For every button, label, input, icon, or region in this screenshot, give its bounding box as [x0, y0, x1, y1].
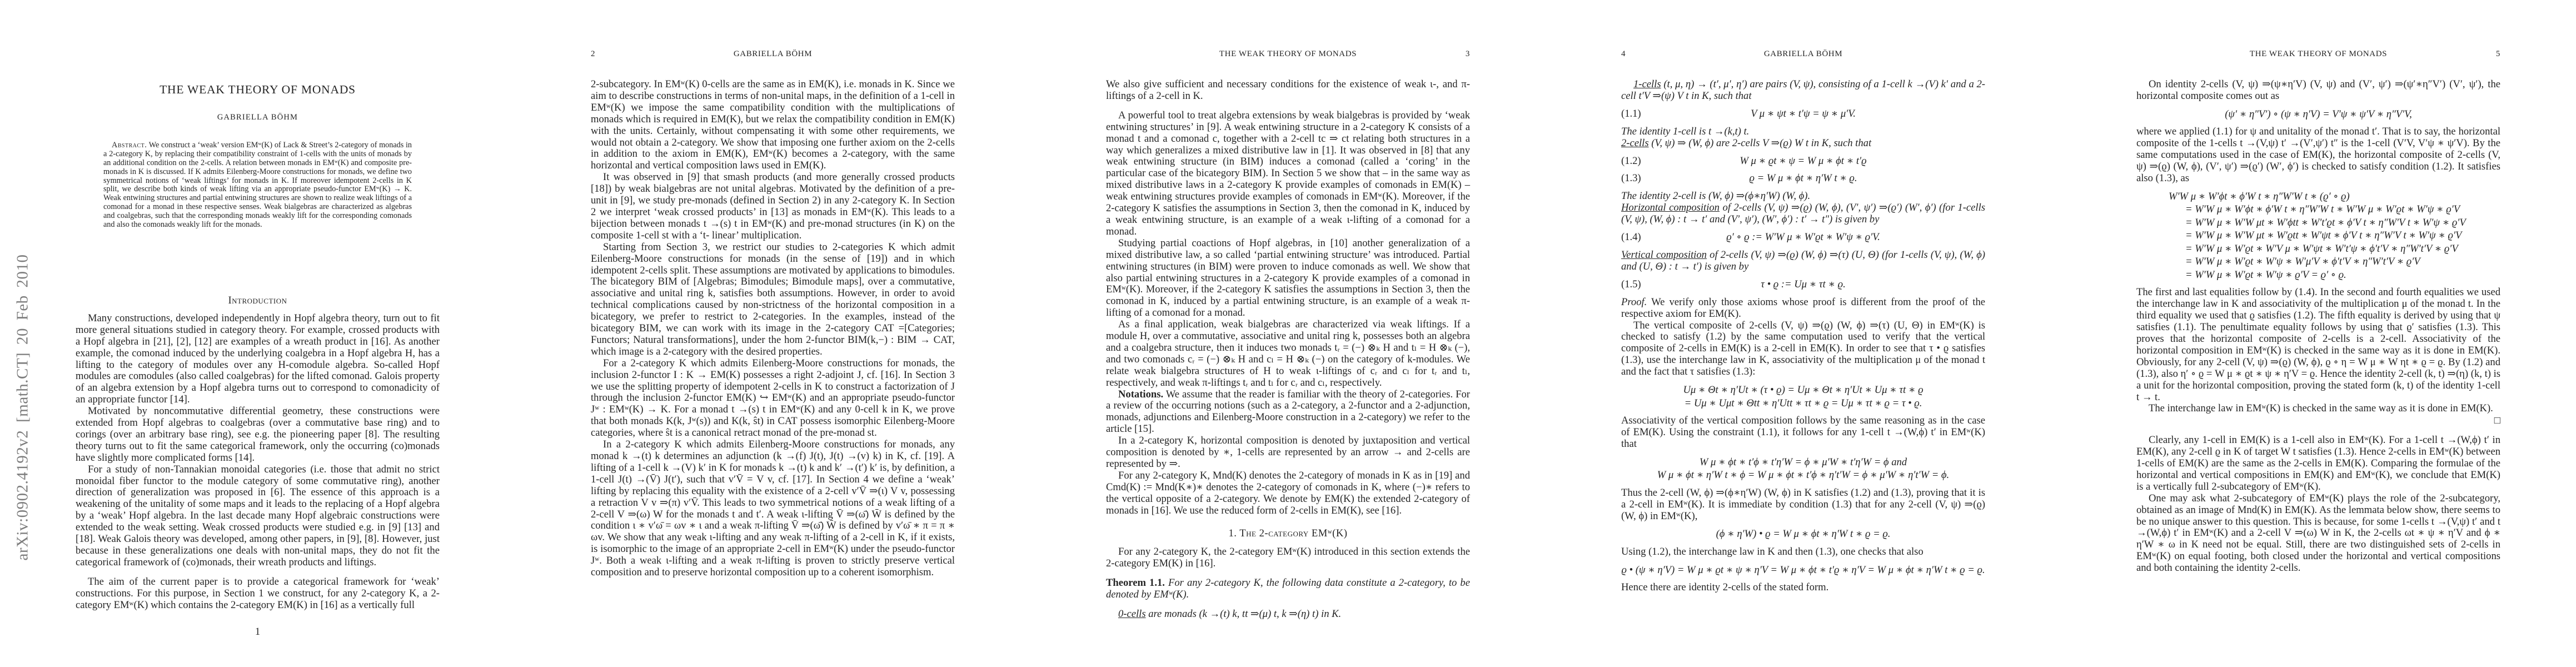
page-body: 1-cells (t, μ, η) → (t′, μ′, η′) are pai… [1621, 79, 1985, 594]
paragraph: Thus the 2-cell (W, ϕ) ⇒(ϕ∗η′W) (W, ϕ) i… [1621, 487, 1985, 522]
page-body: We also give sufficient and necessary co… [1106, 79, 1470, 620]
proof-end-tombstone: □ [2136, 415, 2500, 427]
running-header: 2 GABRIELLA BÖHM [591, 49, 955, 59]
numbered-equation: (1.2)W μ ∗ ϱt ∗ ψ = W μ ∗ ϕt ∗ t′ϱ [1621, 156, 1985, 167]
paragraph: Notations. We assume that the reader is … [1106, 389, 1470, 436]
equation-number: (1.5) [1621, 279, 1641, 291]
page-body: On identity 2-cells (V, ψ) ⇒(ψ∗η′V) (V, … [2136, 79, 2500, 574]
lead-label: 1-cells [1633, 78, 1661, 90]
paragraph: We also give sufficient and necessary co… [1106, 79, 1470, 102]
paragraph: Associativity of the vertical compositio… [1621, 415, 1985, 450]
lead-label: 2-cells [1621, 137, 1649, 149]
paragraph: Starting from Section 3, we restrict our… [591, 242, 955, 358]
running-title: THE WEAK THEORY OF MONADS [2250, 49, 2387, 59]
equation-number: (1.4) [1621, 232, 1641, 243]
page-number-bottom: 1 [76, 626, 440, 638]
paragraph: The identity 2-cell is (W, ϕ) ⇒(ϕ∗η′W) (… [1621, 191, 1985, 202]
paragraph: Vertical composition of 2-cells (V, ψ) ⇒… [1621, 250, 1985, 273]
lead-label: Notations. [1118, 389, 1163, 400]
display-math: W μ ∗ ϕt ∗ t′ϕ ∗ t′η′W = ϕ ∗ μ′W ∗ t′η′W… [1621, 456, 1985, 482]
running-title: GABRIELLA BÖHM [734, 49, 812, 59]
spacer [1106, 601, 1470, 609]
paragraph: The aim of the current paper is to provi… [76, 576, 440, 611]
paragraph: A powerful tool to treat algebra extensi… [1106, 110, 1470, 238]
lead-label: Horizontal composition [1621, 202, 1720, 213]
display-math: Uμ ∗ Θt ∗ η′Ut ∗ (τ • ϱ) = Uμ ∗ Θt ∗ η′U… [1621, 384, 1985, 410]
display-line: = W′W μ ∗ W′W μt ∗ W′ϱtt ∗ W′ψt ∗ ϕ′V t … [2152, 229, 2500, 242]
display-line: = Uμ ∗ Uμt ∗ Θtt ∗ η′Utt ∗ τt ∗ ϱ = Uμ ∗… [1621, 397, 1985, 410]
paragraph: Studying partial coactions of Hopf algeb… [1106, 238, 1470, 319]
document-canvas: { "watermark": { "text": "arXiv:0902.419… [0, 0, 2576, 667]
numbered-equation: (1.4)ϱ′ ∘ ϱ := W′W μ ∗ W′ϱt ∗ W′ψ ∗ ϱ′V. [1621, 232, 1985, 243]
lead-label: Proof. [1621, 296, 1647, 308]
lead-label: 0-cells [1118, 608, 1146, 620]
display-math: (ψ′ ∗ η″V′) ∘ (ψ ∗ η′V) = V′ψ ∗ ψ′V ∗ η″… [2136, 108, 2500, 121]
running-header: 4 GABRIELLA BÖHM [1621, 49, 1985, 59]
paragraph: One may ask what 2-subcategory of EMʷ(K)… [2136, 493, 2500, 574]
paragraph: Using (1.2), the interchange law in K an… [1621, 546, 1985, 558]
page-3: THE WEAK THEORY OF MONADS 3 We also give… [1030, 0, 1546, 667]
spacer [1106, 102, 1470, 110]
paragraph: The identity 1-cell is t →(k,t) t. [1621, 126, 1985, 138]
page-number-right: 5 [2387, 49, 2500, 59]
paragraph: For a 2-category K which admits Eilenber… [591, 358, 955, 439]
page-number-right: 3 [1357, 49, 1470, 59]
numbered-equation: (1.1)V μ ∗ ψt ∗ t′ψ = ψ ∗ μ′V. [1621, 108, 1985, 120]
display-line: W′W μ ∗ W′ϕt ∗ ϕ′W t ∗ η″W′W t ∗ (ϱ′ ∘ ϱ… [2152, 190, 2500, 203]
paragraph: 2-cells (V, ψ) ⇒ (W, ϕ) are 2-cells V ⇒(… [1621, 138, 1985, 150]
paragraph: 0-cells are monads (k →(t) k, tt ⇒(μ) t,… [1106, 609, 1470, 620]
paragraph: The vertical composite of 2-cells (V, ψ)… [1621, 320, 1985, 379]
lead-label: Abstract. [112, 141, 147, 150]
display-line: ϱ • (ψ ∗ η′V) = W μ ∗ ϱt ∗ ψ ∗ η′V = W μ… [1621, 564, 1985, 577]
display-line: W μ ∗ ϕt ∗ η′W t ∗ ϕ = W μ ∗ ϕt ∗ t′ϕ ∗ … [1621, 469, 1985, 482]
paragraph: For any 2-category K, Mnd(K) denotes the… [1106, 470, 1470, 517]
display-math: W′W μ ∗ W′ϕt ∗ ϕ′W t ∗ η″W′W t ∗ (ϱ′ ∘ ϱ… [2136, 190, 2500, 282]
paragraph: In a 2-category K which admits Eilenberg… [591, 439, 955, 579]
paragraph: Motivated by noncommutative differential… [76, 406, 440, 464]
lead-label: Theorem 1.1. [1106, 577, 1165, 589]
paragraph: In a 2-category K, horizontal compositio… [1106, 435, 1470, 470]
lead-label: Vertical composition [1621, 249, 1707, 261]
page-number-right [1842, 49, 1985, 59]
equation-formula: τ • ϱ := Uμ ∗ τt ∗ ϱ. [1761, 278, 1845, 290]
paragraph: Proof. We verify only those axioms whose… [1621, 297, 1985, 320]
running-header: THE WEAK THEORY OF MONADS 3 [1106, 49, 1470, 59]
page-4: 4 GABRIELLA BÖHM 1-cells (t, μ, η) → (t′… [1546, 0, 2061, 667]
display-math: (ϕ ∗ η′W) • ϱ = W μ ∗ ϕt ∗ η′W t ∗ ϱ = ϱ… [1621, 527, 1985, 541]
paper-author: GABRIELLA BÖHM [76, 112, 440, 123]
equation-number: (1.1) [1621, 108, 1641, 120]
display-line: = W′W μ ∗ W′W μt ∗ W′ϕtt ∗ W′t′ϱt ∗ ϕ′V … [2152, 216, 2500, 230]
equation-number: (1.2) [1621, 156, 1641, 167]
section-heading: Introduction [76, 295, 440, 307]
page-number-left: 2 [591, 49, 734, 59]
display-math: ϱ • (ψ ∗ η′V) = W μ ∗ ϱt ∗ ψ ∗ η′V = W μ… [1621, 564, 1985, 577]
paragraph: It was observed in [9] that smash produc… [591, 172, 955, 241]
page-5: THE WEAK THEORY OF MONADS 5 On identity … [2061, 0, 2576, 667]
display-line: W μ ∗ ϕt ∗ t′ϕ ∗ t′η′W = ϕ ∗ μ′W ∗ t′η′W… [1621, 456, 1985, 469]
paragraph: Clearly, any 1-cell in EM(K) is a 1-cell… [2136, 435, 2500, 493]
paragraph: Hence there are identity 2-cells of the … [1621, 582, 1985, 594]
running-title: GABRIELLA BÖHM [1764, 49, 1842, 59]
page-1: THE WEAK THEORY OF MONADSGABRIELLA BÖHMA… [0, 0, 515, 667]
running-title: THE WEAK THEORY OF MONADS [1219, 49, 1357, 59]
display-line: = W′W μ ∗ W′ϱt ∗ W′V μ ∗ W′ψt ∗ W′t′ψ ∗ … [2152, 242, 2500, 256]
page-number-left [1106, 49, 1219, 59]
paragraph: As a final application, weak bialgebras … [1106, 319, 1470, 389]
paragraph: For any 2-category K, the 2-category EMʷ… [1106, 546, 1470, 570]
paragraph: Many constructions, developed independen… [76, 313, 440, 406]
equation-formula: ϱ′ ∘ ϱ := W′W μ ∗ W′ϱt ∗ W′ψ ∗ ϱ′V. [1726, 231, 1880, 243]
page-body: THE WEAK THEORY OF MONADSGABRIELLA BÖHMA… [76, 82, 440, 638]
numbered-equation: (1.5)τ • ϱ := Uμ ∗ τt ∗ ϱ. [1621, 279, 1985, 291]
paragraph: The interchange law in EMʷ(K) is checked… [2136, 403, 2500, 415]
paragraph: The first and last equalities follow by … [2136, 287, 2500, 403]
display-line: Uμ ∗ Θt ∗ η′Ut ∗ (τ • ϱ) = Uμ ∗ Θt ∗ η′U… [1621, 384, 1985, 397]
display-line: = W′W μ ∗ W′ϕt ∗ ϕ′W t ∗ η″W′W t ∗ W′W μ… [2152, 203, 2500, 216]
paragraph: Horizontal composition of 2-cells (V, ψ)… [1621, 202, 1985, 226]
page-2: 2 GABRIELLA BÖHM 2-subcategory. In EMʷ(K… [515, 0, 1030, 667]
equation-number: (1.3) [1621, 173, 1641, 185]
paragraph: On identity 2-cells (V, ψ) ⇒(ψ∗η′V) (V, … [2136, 79, 2500, 102]
equation-formula: ϱ = W μ ∗ ϕt ∗ η′W t ∗ ϱ. [1749, 172, 1857, 184]
spacer [2136, 427, 2500, 435]
page-body: 2-subcategory. In EMʷ(K) 0-cells are the… [591, 79, 955, 579]
section-heading: 1. The 2-category EMʷ(K) [1106, 528, 1470, 540]
equation-formula: W μ ∗ ϱt ∗ ψ = W μ ∗ ϕt ∗ t′ϱ [1740, 155, 1866, 167]
paper-title: THE WEAK THEORY OF MONADS [76, 82, 440, 97]
paragraph: 1-cells (t, μ, η) → (t′, μ′, η′) are pai… [1621, 79, 1985, 102]
page-number-left: 4 [1621, 49, 1764, 59]
paragraph: For a study of non-Tannakian monoidal ca… [76, 464, 440, 569]
spacer [1106, 570, 1470, 578]
abstract: Abstract. We construct a ‘weak’ version … [103, 141, 412, 230]
display-line: (ϕ ∗ η′W) • ϱ = W μ ∗ ϕt ∗ η′W t ∗ ϱ = ϱ… [1621, 527, 1985, 541]
paragraph: Theorem 1.1. For any 2-category K, the f… [1106, 578, 1470, 601]
spacer [76, 569, 440, 576]
equation-formula: V μ ∗ ψt ∗ t′ψ = ψ ∗ μ′V. [1751, 108, 1856, 120]
numbered-equation: (1.3)ϱ = W μ ∗ ϕt ∗ η′W t ∗ ϱ. [1621, 173, 1985, 185]
page-number-right [812, 49, 955, 59]
display-line: (ψ′ ∗ η″V′) ∘ (ψ ∗ η′V) = V′ψ ∗ ψ′V ∗ η″… [2136, 108, 2500, 121]
display-line: = W′W μ ∗ W′ϱt ∗ W′ψ ∗ ϱ′V = ϱ′ ∘ ϱ. [2152, 268, 2500, 282]
page-number-left [2136, 49, 2250, 59]
paragraph: where we applied (1.1) for ψ and unitali… [2136, 126, 2500, 185]
display-line: = W′W μ ∗ W′ϱt ∗ W′ψ ∗ W′μ′V ∗ ϕ′t′V ∗ η… [2152, 255, 2500, 268]
running-header: THE WEAK THEORY OF MONADS 5 [2136, 49, 2500, 59]
paragraph: 2-subcategory. In EMʷ(K) 0-cells are the… [591, 79, 955, 172]
